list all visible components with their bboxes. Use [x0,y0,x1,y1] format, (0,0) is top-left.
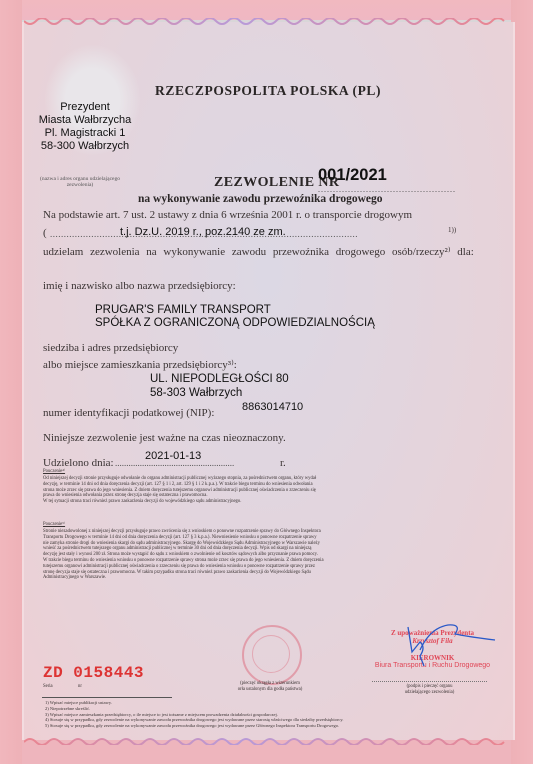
address-label: siedziba i adres przedsiębiorcy albo mie… [43,340,237,374]
office-line: 58-300 Wałbrzych [25,140,145,153]
entrepreneur-name-line: SPÓŁKA Z OGRANICZONĄ ODPOWIEDZIALNOŚCIĄ [95,317,375,330]
address: UL. NIEPODLEGŁOŚCI 80 58-303 Wałbrzych [150,372,289,400]
office-line: Pl. Magistracki 1 [25,127,145,140]
issued-suffix: r. [280,457,286,469]
footnote: 5) Stosuje się w przypadku, gdy zezwolen… [45,723,343,729]
permit-number: 001/2021 [318,166,387,185]
entrepreneur-name-line: PRUGAR'S FAMILY TRANSPORT [95,304,375,317]
entrepreneur-label: imię i nazwisko albo nazwa przedsiębiorc… [43,280,236,292]
office-line: Miasta Wałbrzycha [25,114,145,127]
nip-value: 8863014710 [242,401,303,413]
footnote-divider [42,697,172,698]
address-line: UL. NIEPODLEGŁOŚCI 80 [150,372,289,386]
address-label-line: siedziba i adres przedsiębiorcy [43,340,237,357]
instruction-line: Stronie niezadowolonej z niniejszej decy… [43,529,324,535]
instruction-1-title: Pouczenie⁴⁾ [43,469,65,475]
number-label: nr [78,684,82,690]
validity-statement: Niniejsze zezwolenie jest ważne na czas … [43,432,286,444]
instruction-2: Stronie niezadowolonej z niniejszej decy… [43,529,324,581]
issuing-office-caption: (nazwa i adres organu udzielającego zezw… [30,176,130,188]
publication-paren-close: 1)) [448,226,456,234]
decorative-border-top [24,18,509,28]
signature-caption-line: udzielającego zezwolenia) [372,690,487,696]
entrepreneur-name: PRUGAR'S FAMILY TRANSPORT SPÓŁKA Z OGRAN… [95,304,375,330]
office-line: Prezydent [25,101,145,114]
footnotes: 1) Wpisać miejsce publikacji ustawy. 2) … [45,700,343,729]
series-label: Seria [43,684,53,690]
series-number: ZD 0158443 [43,664,144,682]
publication-paren-open: ( [43,227,47,239]
instruction-line: decyzję, w terminie 14 dni od dnia doręc… [43,482,316,488]
official-seal-icon [242,625,302,685]
seal-caption-line: orła ustalonym dla godła państwa) [220,687,320,693]
instruction-line: Administracyjnego w Warszawie. [43,575,324,581]
instruction-line: W trakcie biegu terminu do wniesienia wn… [43,558,324,564]
issuing-office: Prezydent Miasta Wałbrzycha Pl. Magistra… [25,101,145,153]
issued-label: Udzielono dnia: [43,457,114,469]
publication-reference: t.j. Dz.U. 2019 r., poz.2140 ze zm. [120,226,286,238]
handwritten-signature-icon [390,622,500,667]
decorative-border-bottom [24,735,509,745]
signature-caption: (podpis i pieczęć organu udzielającego z… [372,684,487,696]
permit-subtitle: na wykonywanie zawodu przewoźnika drogow… [138,193,383,205]
legal-basis: Na podstawie art. 7 ust. 2 ustawy z dnia… [43,209,412,221]
permit-document: RZECZPOSPOLITA POLSKA (PL) Prezydent Mia… [0,0,533,764]
instruction-1: Od niniejszej decyzji stronie przysługuj… [43,476,316,505]
instruction-line: W tej sytuacji strona traci również praw… [43,499,316,505]
instruction-line: Transportu Drogowego w terminie 14 dni o… [43,535,324,541]
signature-line [372,681,487,682]
nip-label: numer identyfikacji podatkowej (NIP): [43,407,214,419]
seal-caption: (pieczęć okrągła z wizerunkiem orła usta… [220,681,320,693]
address-line: 58-303 Wałbrzych [150,386,289,400]
instruction-2-title: Pouczenie⁵⁾ [43,522,65,528]
country-header: RZECZPOSPOLITA POLSKA (PL) [155,83,381,99]
instruction-line: tutejszemu organowi administracji public… [43,564,324,570]
instruction-line: Od niniejszej decyzji stronie przysługuj… [43,476,316,482]
grant-text: udzielam zezwolenia na wykonywanie zawod… [43,245,474,258]
issued-date: 2021-01-13 [145,450,201,462]
